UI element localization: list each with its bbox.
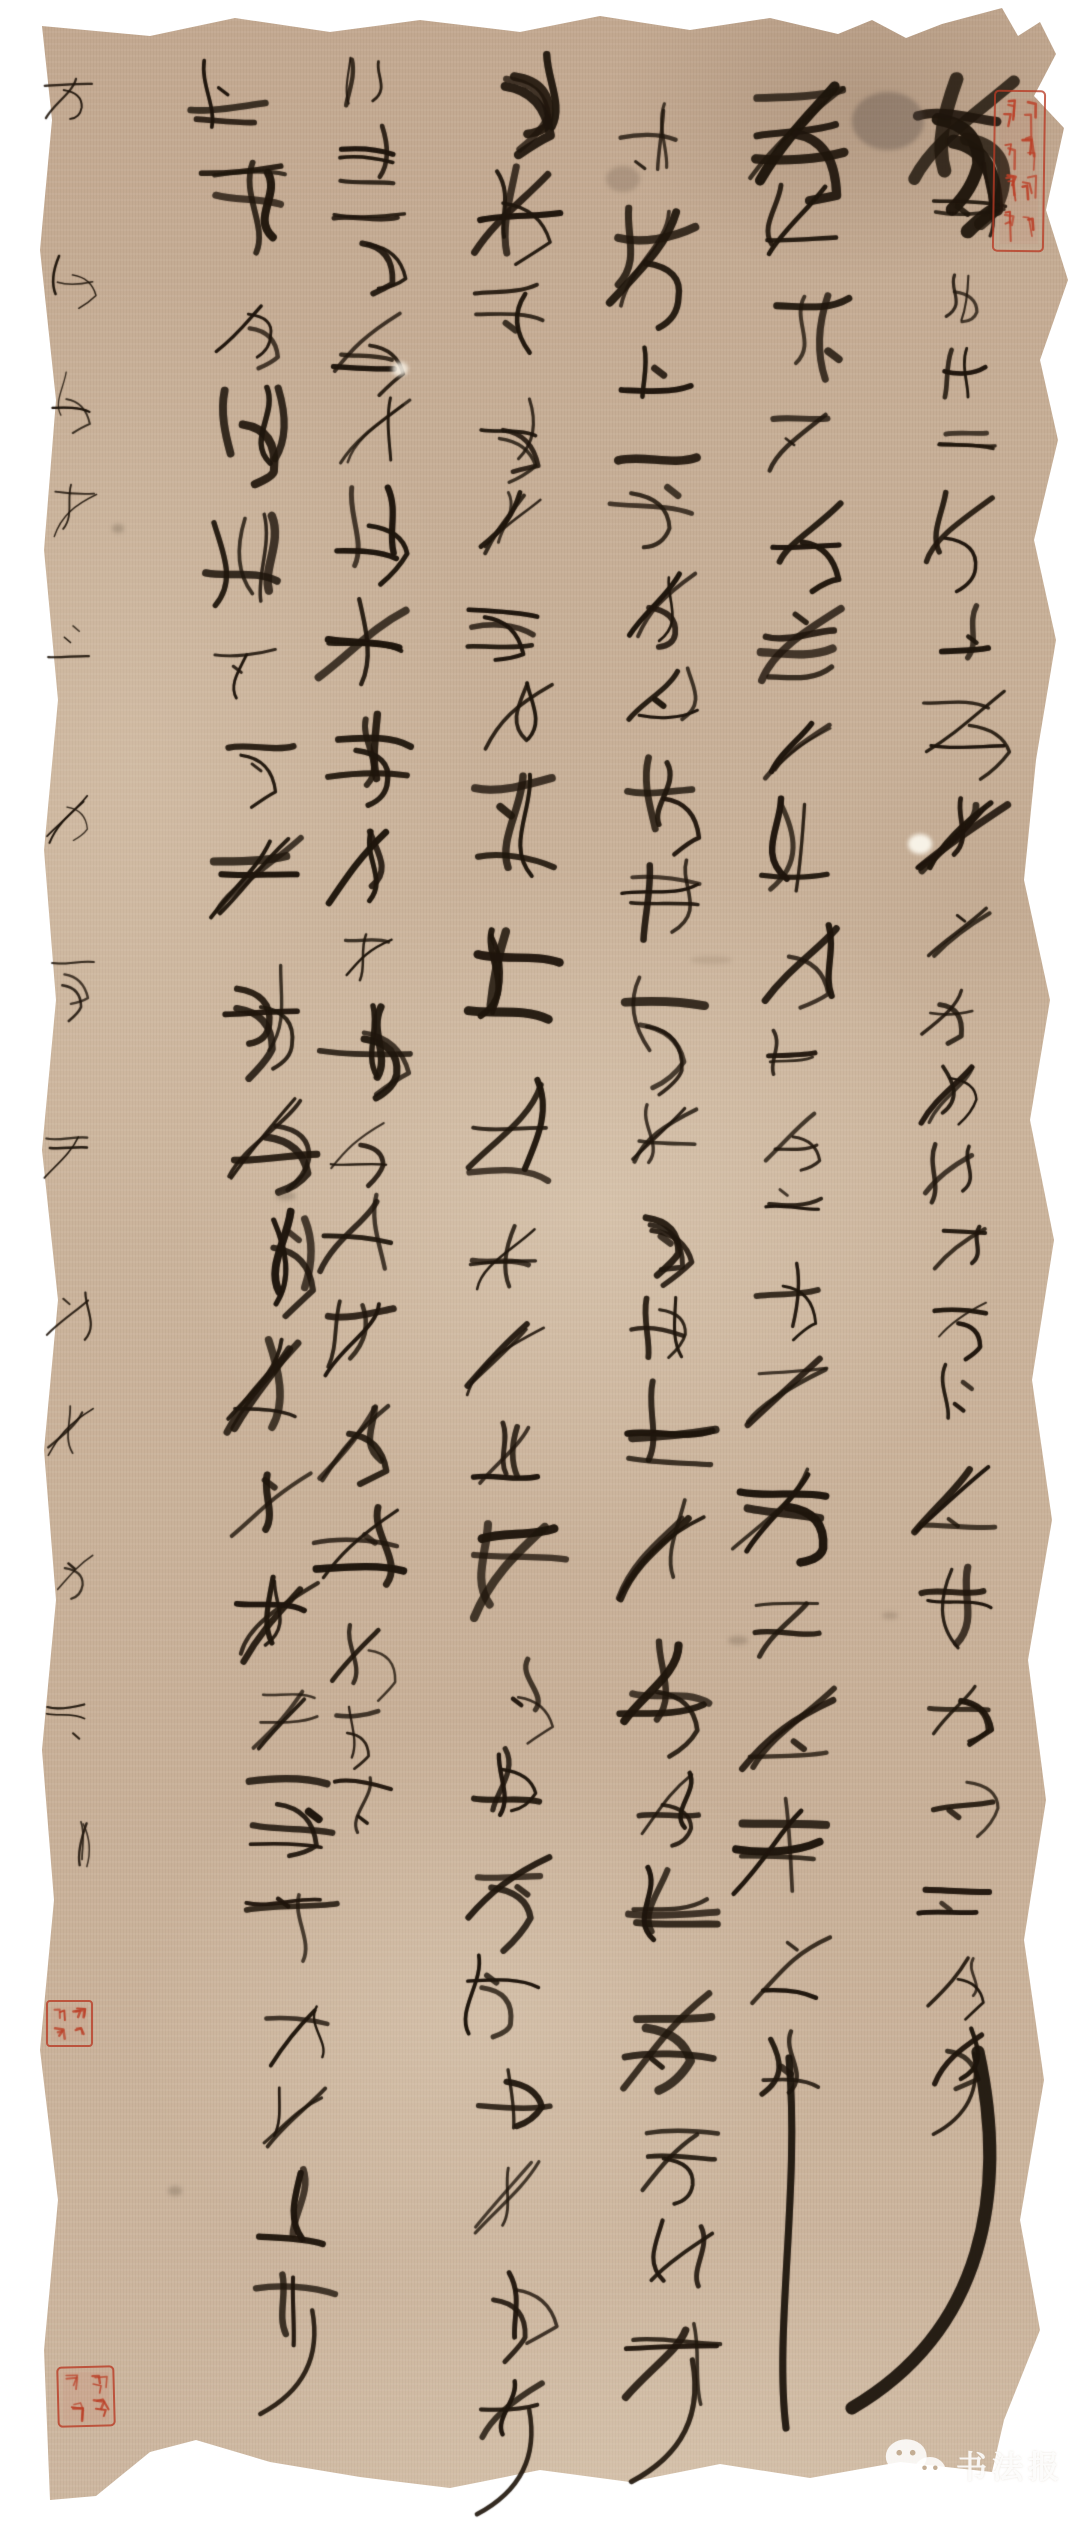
glyph: 勿 [254, 1686, 319, 1751]
glyph: 蓋 [928, 1950, 986, 2008]
glyph: 倠 [320, 1293, 406, 1379]
glyph: 借 [744, 1350, 833, 1439]
glyph: 与 [207, 828, 308, 929]
glyph: 朔 [930, 900, 995, 965]
glyph: 明 [460, 1951, 547, 2038]
glyph: 騎 [466, 2154, 553, 2241]
glyph: 遇 [615, 1983, 724, 2092]
glyph: 四 [222, 1087, 320, 1185]
glyph: 日 [317, 997, 413, 1093]
glyph: 手 [602, 438, 708, 544]
glyph: 解 [255, 2269, 338, 2352]
glyph: 陀 [461, 1311, 547, 1397]
glyph: 度 [217, 1331, 321, 1435]
glyph: 高 [263, 2083, 329, 2149]
text-column: 臨居延後簡死駒劾狀己卯繁露 [43, 70, 101, 1990]
glyph: 訇 [327, 1704, 382, 1759]
glyph: 是 [748, 1253, 827, 1332]
glyph: 手 [312, 1501, 406, 1595]
glyph: 高 [622, 750, 706, 834]
glyph: 甸 [623, 1183, 710, 1270]
glyph: 露 [48, 1819, 104, 1875]
glyph: 騂 [464, 282, 556, 374]
glyph: 用 [467, 161, 566, 260]
glyph: 馬 [732, 1459, 837, 1564]
glyph: 卯 [48, 1543, 104, 1599]
glyph: 放 [638, 2116, 721, 2199]
glyph: 笭 [766, 713, 833, 780]
glyph: 中 [325, 707, 420, 802]
calligraphy-photo: 建武三年十二月癸丑朔己巳甲渠新從役馮乱孔此蓋之皇竹牧乱言年笭中皃氾寇馮是借馬區從… [0, 0, 1080, 2523]
wechat-logo-icon [884, 2436, 950, 2492]
glyph: 繁 [40, 1696, 96, 1752]
glyph: 駒 [339, 394, 413, 468]
glyph: 延 [628, 567, 703, 642]
glyph: 駒 [46, 954, 102, 1010]
glyph: 長 [318, 1398, 402, 1482]
glyph: 寇 [766, 1103, 827, 1164]
glyph: 年 [936, 341, 994, 399]
glyph: 乱 [625, 2311, 722, 2408]
glyph: 馰 [750, 2026, 835, 2111]
glyph: 狀 [42, 1289, 98, 1345]
glyph: 降 [628, 659, 702, 733]
glyph: 乱 [212, 645, 280, 713]
glyph: 舎 [468, 1220, 543, 1295]
glyph: 日 [459, 1508, 573, 1622]
glyph: 役 [914, 1455, 1000, 1541]
glyph: 皇 [736, 60, 862, 186]
glyph: 隹 [608, 1494, 718, 1604]
glyph: 羆 [608, 964, 717, 1073]
glyph: 巳 [922, 1057, 991, 1126]
glyph: 日 [262, 1997, 332, 2067]
glyph: 乱 [764, 407, 838, 481]
glyph: 至 [218, 729, 300, 811]
glyph: 二 [915, 486, 1004, 575]
glyph: 奉 [215, 293, 283, 361]
press-watermark: 书法报 [884, 2436, 1064, 2492]
glyph: 區 [750, 1587, 827, 1664]
glyph: 己 [921, 979, 985, 1043]
glyph: 從 [924, 1360, 1002, 1438]
glyph: 死 [316, 1187, 403, 1274]
glyph: 廿 [243, 1765, 339, 1861]
glyph: 浴 [611, 100, 693, 182]
glyph: 死 [43, 789, 99, 845]
glyph: 行 [341, 55, 397, 111]
glyph: 部 [603, 200, 713, 310]
glyph: 馮 [912, 1560, 1003, 1651]
glyph: 驗 [210, 951, 314, 1055]
glyph: 乣 [613, 1630, 722, 1739]
glyph: 乳 [476, 485, 549, 558]
text-column: 建武三年十二月癸丑朔己巳甲渠新從役馮乱孔此蓋之 [898, 60, 1026, 2100]
glyph: 盈 [331, 1615, 404, 1688]
glyph: 已 [244, 1882, 338, 1976]
glyph: 内 [319, 592, 414, 687]
glyph: 倠 [464, 1743, 541, 1820]
glyph: 芯 [197, 377, 301, 481]
watermark-text: 书法报 [956, 2442, 1064, 2487]
glyph: 皃 [761, 915, 850, 1004]
glyph: 馬 [620, 852, 711, 943]
glyph: 玄 [249, 2163, 336, 2250]
glyph: 會 [465, 1837, 558, 1930]
glyph: 牧 [467, 2261, 555, 2349]
glyph: 長 [194, 157, 298, 261]
glyph: 渠 [934, 1218, 993, 1277]
text-column: 阬長奉芯筴乱至与驗四盼度之仒勿廿已日高玄解 [183, 55, 293, 2370]
glyph: 到 [617, 337, 700, 420]
glyph: 癸 [922, 682, 1008, 768]
glyph: 年 [754, 591, 854, 691]
glyph: 月 [930, 595, 1002, 667]
glyph: 居 [47, 250, 103, 306]
glyph: 盼 [319, 823, 406, 910]
glyph: 竹 [762, 178, 848, 264]
glyph: 延 [43, 368, 99, 424]
glyph: 騎 [647, 2217, 724, 2294]
glyph: 申 [481, 1654, 554, 1727]
glyph: 馬 [455, 767, 569, 881]
glyph: 之 [226, 1462, 315, 1551]
glyph: 此 [915, 1855, 993, 1933]
glyph: 新 [934, 1290, 991, 1347]
glyph: 永 [472, 2057, 552, 2137]
glyph: 盼 [225, 1207, 327, 1309]
glyph: 乙 [456, 919, 570, 1033]
glyph: 手 [748, 1919, 836, 2007]
glyph: 陀 [324, 484, 413, 573]
glyph: 劾 [41, 1131, 97, 1187]
glyph: 椒 [622, 1853, 729, 1960]
text-column: 行謷极串駒陀内中盼十日駒死倠長手盈訇心 [317, 55, 427, 1870]
glyph: 陀 [625, 1288, 695, 1358]
glyph: 筴 [192, 509, 296, 613]
glyph: 乱 [926, 1671, 995, 1740]
glyph: 串 [331, 307, 402, 378]
glyph: 氾 [761, 1024, 826, 1089]
glyph: 六 [470, 1416, 545, 1491]
glyph: 十 [340, 928, 396, 984]
glyph: 中 [748, 794, 847, 893]
glyph: 簡 [44, 616, 100, 672]
glyph: 孔 [922, 1755, 1004, 1837]
glyph: 馮 [762, 1177, 825, 1240]
bottom-left-seal [56, 2365, 116, 2427]
glyph: 謷 [338, 123, 404, 189]
glyph: 駒 [329, 1114, 389, 1174]
glyph: 而 [466, 40, 576, 150]
glyph: 言 [771, 497, 848, 574]
glyph: 之 [929, 2021, 994, 2086]
glyph: 阬 [189, 55, 272, 138]
colophon-seal [46, 2000, 93, 2047]
glyph: 並 [458, 1073, 572, 1187]
glyph: 今 [730, 1794, 833, 1897]
glyph: 臨 [41, 70, 97, 126]
glyph: 馬 [471, 2368, 555, 2452]
glyph: 馬 [472, 394, 547, 469]
glyph: 行 [633, 1763, 707, 1837]
glyph: 三 [925, 268, 984, 327]
glyph: 十 [938, 411, 1000, 473]
glyph: 此 [627, 1096, 698, 1167]
text-column: 皇竹牧乱言年笭中皃氾寇馮是借馬區從今手馰 [746, 60, 866, 2130]
glyph: 牧 [759, 283, 861, 385]
glyph: 持 [466, 574, 549, 657]
glyph: 仒 [231, 1571, 325, 1665]
glyph: 丑 [918, 787, 1011, 880]
glyph: 极 [321, 203, 406, 288]
text-column: 而用騂馬乳持放馬乙並舎陀六日申倠會明永騎牧馬 [455, 40, 575, 2470]
glyph: 從 [743, 1680, 836, 1773]
glyph: 甲 [923, 1141, 986, 1204]
glyph: 後 [48, 482, 104, 538]
glyph: 長 [622, 1374, 721, 1473]
top-right-seal [992, 90, 1046, 253]
glyph: 己 [41, 1402, 97, 1458]
glyph: 放 [479, 675, 554, 750]
text-column: 浴部到手延降高馬羆此甸陀長隹乣行椒遇放騎乱 [598, 100, 713, 2430]
